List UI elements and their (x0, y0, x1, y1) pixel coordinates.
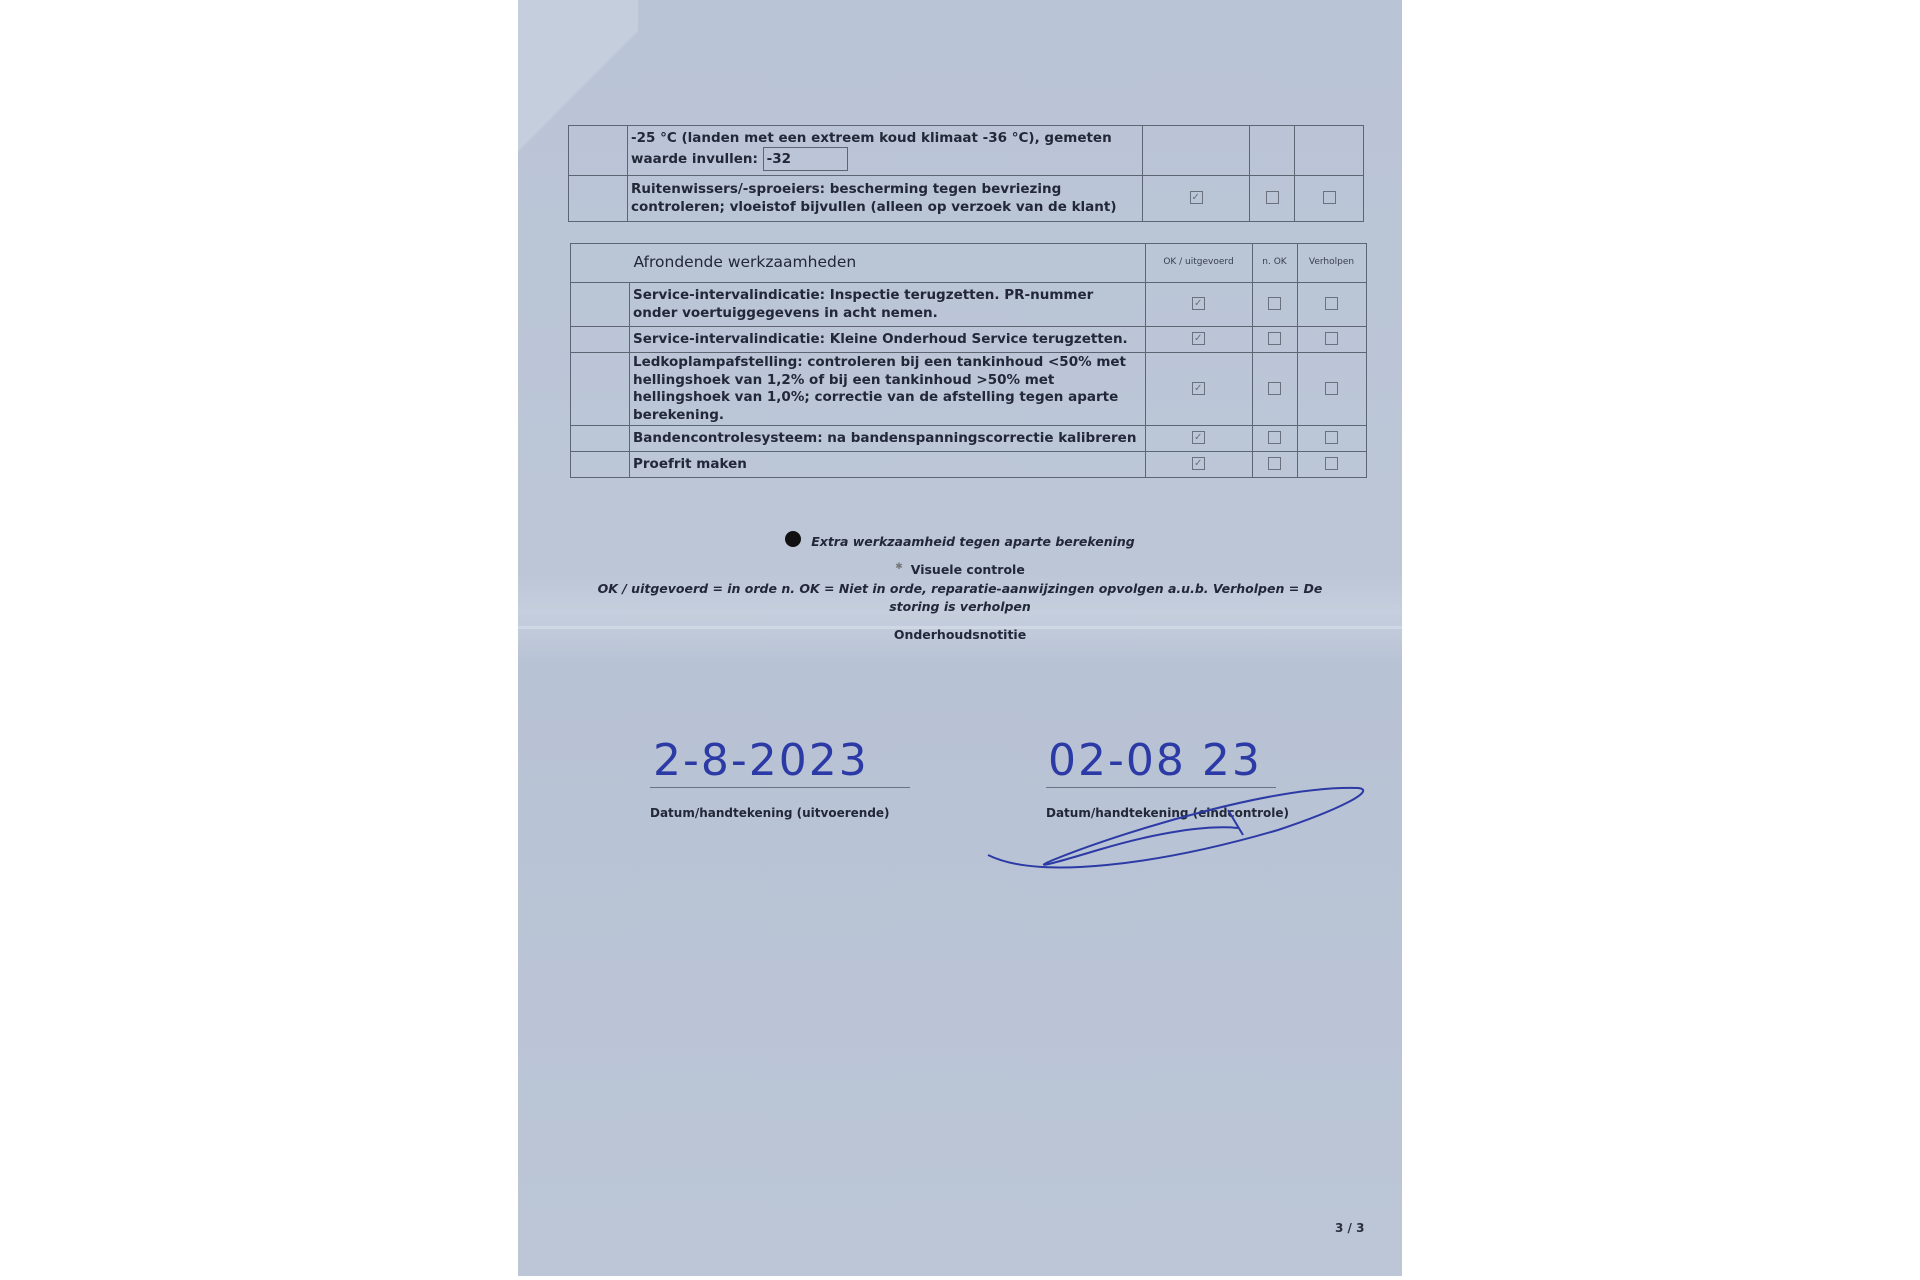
ok-checkbox[interactable] (1192, 457, 1205, 470)
row-text: Bandencontrolesysteem: na bandenspanning… (630, 426, 1146, 452)
legend-extra-work: Extra werkzaamheid tegen aparte berekeni… (518, 534, 1402, 551)
signature-scribble (978, 770, 1378, 880)
column-header-verholpen: Verholpen (1297, 244, 1366, 283)
table-header: Afrondende werkzaamheden OK / uitgevoerd… (571, 244, 1367, 283)
ok-checkbox[interactable] (1192, 382, 1205, 395)
legend-visual-check: ✱Visuele controle (518, 562, 1402, 577)
row-text-line2: waarde invullen: (631, 151, 758, 167)
verholpen-checkbox[interactable] (1325, 431, 1338, 444)
verholpen-checkbox[interactable] (1325, 297, 1338, 310)
asterisk-icon: ✱ (895, 562, 903, 572)
n-ok-checkbox[interactable] (1268, 457, 1281, 470)
ok-checkbox[interactable] (1192, 332, 1205, 345)
table-row: Service-intervalindicatie: Inspectie ter… (571, 283, 1367, 327)
legend-explanation: OK / uitgevoerd = in orde n. OK = Niet i… (578, 580, 1342, 616)
verholpen-checkbox[interactable] (1325, 457, 1338, 470)
row-text: Ruitenwissers/-sproeiers: bescherming te… (628, 176, 1143, 222)
table-row: Proefrit maken (571, 452, 1367, 478)
row-text: Proefrit maken (630, 452, 1146, 478)
verholpen-checkbox[interactable] (1323, 191, 1336, 204)
column-header-ok: OK / uitgevoerd (1145, 244, 1252, 283)
row-text: Service-intervalindicatie: Kleine Onderh… (630, 327, 1146, 353)
n-ok-checkbox[interactable] (1268, 332, 1281, 345)
verholpen-checkbox[interactable] (1325, 382, 1338, 395)
table-row: -25 °C (landen met een extreem koud klim… (569, 126, 1364, 176)
executor-signature-label: Datum/handtekening (uitvoerende) (650, 806, 890, 820)
executor-handwritten-date: 2-8-2023 (653, 735, 869, 786)
n-ok-checkbox[interactable] (1268, 431, 1281, 444)
bullet-icon (785, 531, 801, 547)
ok-checkbox[interactable] (1192, 297, 1205, 310)
maintenance-notes-title: Onderhoudsnotitie (518, 627, 1402, 642)
column-header-n-ok: n. OK (1252, 244, 1297, 283)
executor-signature-line (650, 787, 910, 788)
table-row: Bandencontrolesysteem: na bandenspanning… (571, 426, 1367, 452)
measured-value-field[interactable]: -32 (763, 147, 848, 171)
page-number: 3 / 3 (1335, 1221, 1364, 1235)
row-text: Ledkoplampafstelling: controleren bij ee… (630, 353, 1146, 426)
finishing-tasks-table: Afrondende werkzaamheden OK / uitgevoerd… (570, 243, 1367, 478)
table-row: Ledkoplampafstelling: controleren bij ee… (571, 353, 1367, 426)
n-ok-checkbox[interactable] (1268, 297, 1281, 310)
n-ok-checkbox[interactable] (1266, 191, 1279, 204)
table-row: Ruitenwissers/-sproeiers: bescherming te… (569, 176, 1364, 222)
section-title: Afrondende werkzaamheden (630, 244, 1146, 283)
row-text-line1: -25 °C (landen met een extreem koud klim… (631, 130, 1139, 148)
document-page: -25 °C (landen met een extreem koud klim… (518, 0, 1402, 1276)
ok-checkbox[interactable] (1192, 431, 1205, 444)
table-row: Service-intervalindicatie: Kleine Onderh… (571, 327, 1367, 353)
verholpen-checkbox[interactable] (1325, 332, 1338, 345)
checklist-table-continued: -25 °C (landen met een extreem koud klim… (568, 125, 1364, 222)
n-ok-checkbox[interactable] (1268, 382, 1281, 395)
ok-checkbox[interactable] (1190, 191, 1203, 204)
row-text: Service-intervalindicatie: Inspectie ter… (630, 283, 1146, 327)
